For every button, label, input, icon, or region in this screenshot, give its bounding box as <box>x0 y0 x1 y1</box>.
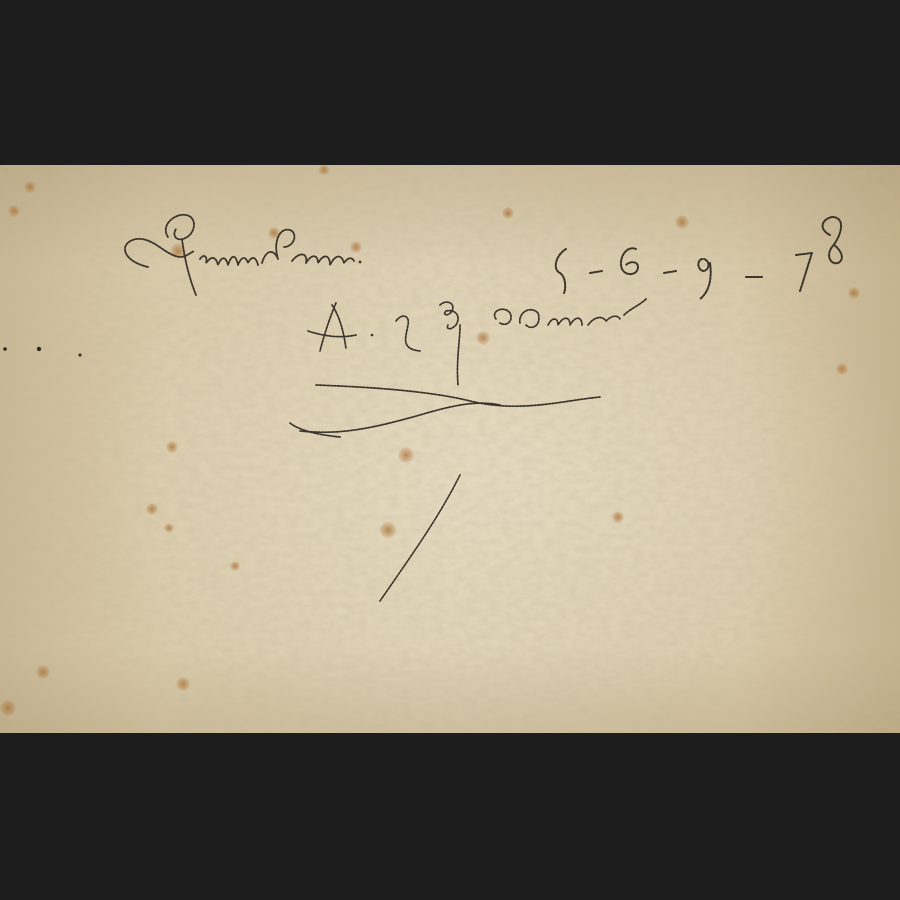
place-word <box>125 215 361 295</box>
handwriting <box>0 165 900 733</box>
letterbox-bottom-bar <box>0 733 900 900</box>
date-text <box>556 217 842 299</box>
stray-marks <box>3 347 460 601</box>
signature <box>290 299 646 437</box>
letterbox-top-bar <box>0 0 900 165</box>
paper-sheet: Remiremont 5-6-9-78 A. Bodmer <box>0 165 900 733</box>
